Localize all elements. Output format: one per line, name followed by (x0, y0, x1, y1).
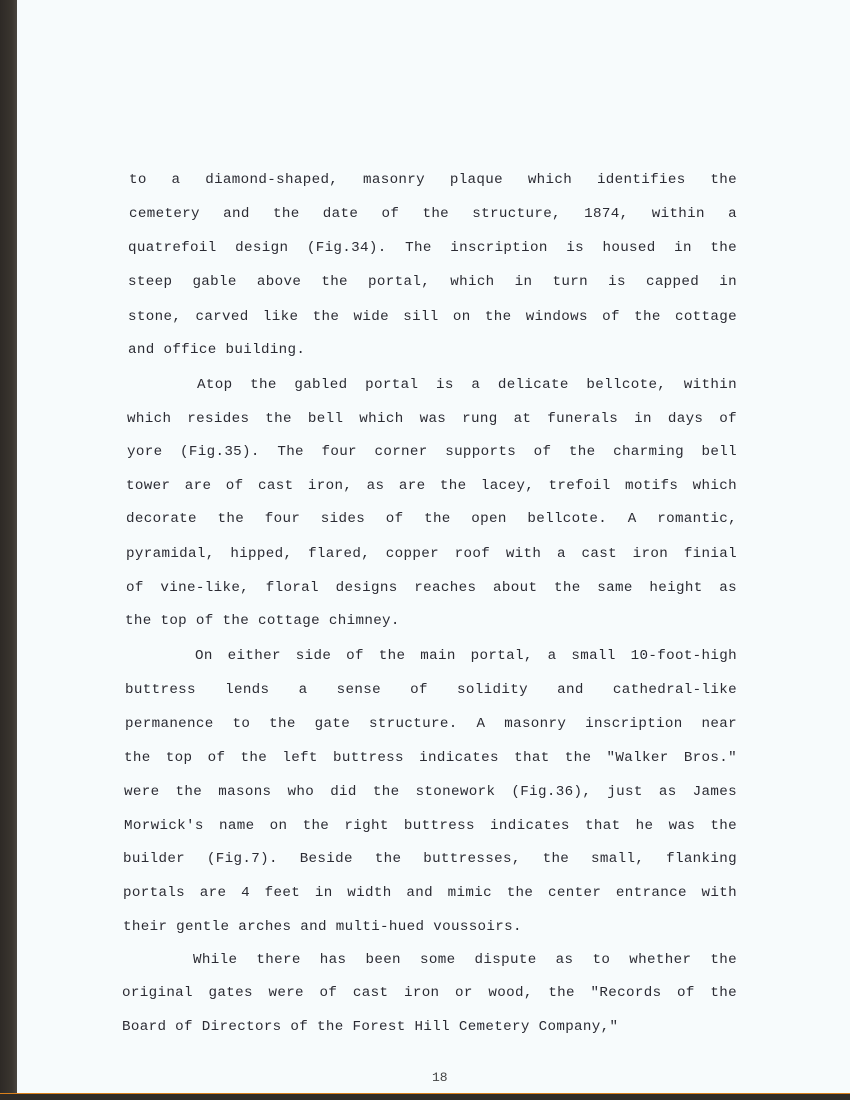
document-page: to a diamond-shaped, masonry plaque whic… (17, 0, 850, 1093)
text-line: cemetery and the date of the structure, … (129, 206, 737, 222)
text-line: original gates were of cast iron or wood… (122, 985, 737, 1001)
text-line: which resides the bell which was rung at… (127, 411, 737, 427)
text-line: to a diamond-shaped, masonry plaque whic… (129, 172, 737, 188)
text-line: builder (Fig.7). Beside the buttresses, … (123, 851, 737, 867)
text-line: the top of the cottage chimney. (125, 613, 400, 629)
text-line: their gentle arches and multi-hued vouss… (123, 919, 522, 935)
text-line: steep gable above the portal, which in t… (128, 274, 737, 290)
text-line: were the masons who did the stonework (F… (124, 784, 737, 800)
text-line: the top of the left buttress indicates t… (124, 750, 737, 766)
text-line: quatrefoil design (Fig.34). The inscript… (128, 240, 737, 256)
text-line: tower are of cast iron, as are the lacey… (126, 478, 737, 494)
text-line: On either side of the main portal, a sma… (195, 648, 737, 664)
text-line: pyramidal, hipped, flared, copper roof w… (126, 546, 737, 562)
text-line: permanence to the gate structure. A maso… (125, 716, 737, 732)
text-line: Board of Directors of the Forest Hill Ce… (122, 1019, 618, 1035)
text-line: of vine-like, floral designs reaches abo… (126, 580, 737, 596)
text-line: stone, carved like the wide sill on the … (128, 309, 737, 325)
page-number: 18 (432, 1070, 448, 1085)
text-line: Atop the gabled portal is a delicate bel… (197, 377, 737, 393)
scan-edge-bottom (0, 1093, 850, 1100)
text-line: decorate the four sides of the open bell… (126, 511, 737, 527)
scan-edge-left (0, 0, 17, 1100)
text-line: Morwick's name on the right buttress ind… (124, 818, 737, 834)
text-line: and office building. (128, 342, 305, 358)
text-line: yore (Fig.35). The four corner supports … (127, 444, 737, 460)
text-line: While there has been some dispute as to … (193, 952, 737, 968)
text-line: portals are 4 feet in width and mimic th… (123, 885, 737, 901)
text-line: buttress lends a sense of solidity and c… (125, 682, 737, 698)
